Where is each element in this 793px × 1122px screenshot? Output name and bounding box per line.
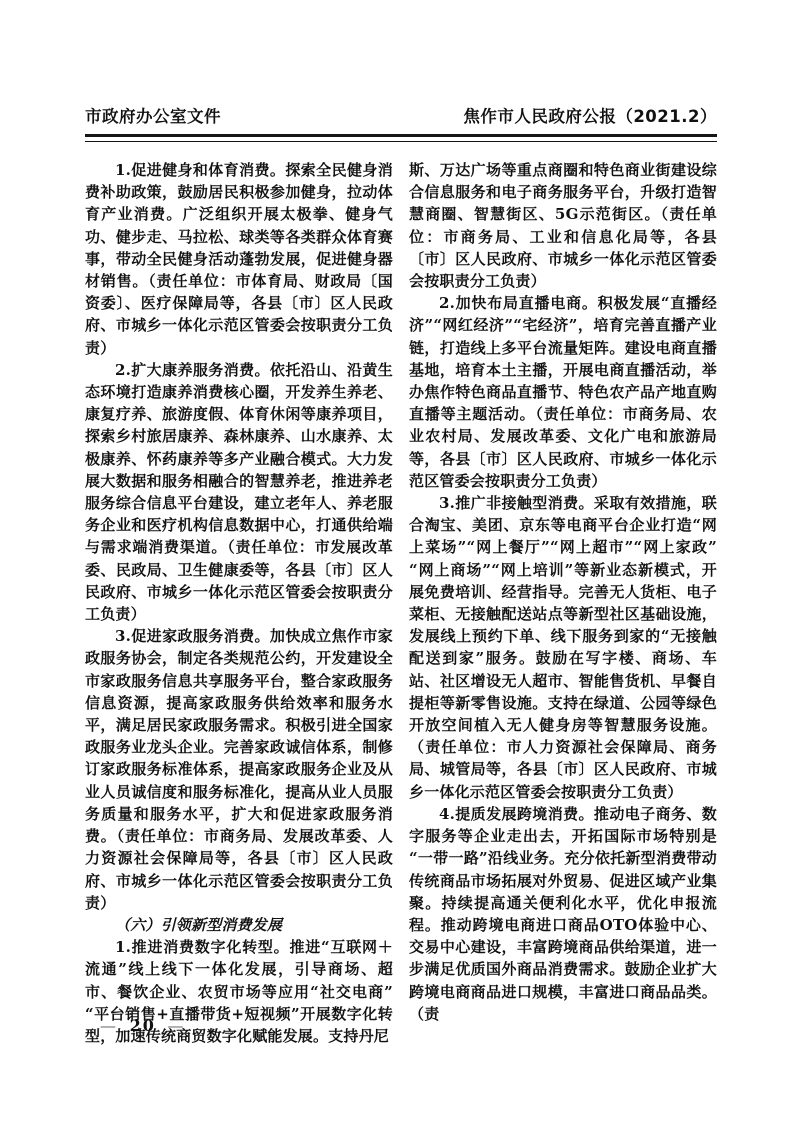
page-content: 市政府办公室文件 焦作市人民政府公报（2021.2） 1.促进健身和体育消费。探… (85, 103, 717, 1047)
document-page: 市政府办公室文件 焦作市人民政府公报（2021.2） 1.促进健身和体育消费。探… (0, 0, 793, 1122)
paragraph: 4.提质发展跨境消费。推动电子商务、数字服务等企业走出去，开拓国际市场特别是“一… (409, 803, 717, 1025)
page-number: — 20 — (100, 1016, 185, 1035)
section-heading: （六）引领新型消费发展 (85, 914, 393, 936)
paragraph: 3.促进家政服务消费。加快成立焦作市家政服务协会，制定各类规范公约，开发建设全市… (85, 625, 393, 914)
page-number-dash-right: — (167, 1016, 185, 1035)
header-divider-rule (85, 134, 717, 142)
paragraph: 2.加快布局直播电商。积极发展“直播经济”“网红经济”“宅经济”，培育完善直播产… (409, 292, 717, 492)
header-left-title: 市政府办公室文件 (85, 103, 221, 127)
header-right-title: 焦作市人民政府公报（2021.2） (463, 103, 717, 127)
page-number-value: 20 (130, 1016, 156, 1035)
two-column-body: 1.促进健身和体育消费。探索全民健身消费补助政策，鼓励居民积极参加健身，拉动体育… (85, 159, 717, 1047)
paragraph: 1.促进健身和体育消费。探索全民健身消费补助政策，鼓励居民积极参加健身，拉动体育… (85, 159, 393, 359)
paragraph: 2.扩大康养服务消费。依托沿山、沿黄生态环境打造康养消费核心圈，开发养生养老、康… (85, 359, 393, 625)
paragraph-continuation: 斯、万达广场等重点商圈和特色商业街建设综合信息服务和电子商务服务平台，升级打造智… (409, 159, 717, 292)
right-column: 斯、万达广场等重点商圈和特色商业街建设综合信息服务和电子商务服务平台，升级打造智… (409, 159, 717, 1047)
page-header: 市政府办公室文件 焦作市人民政府公报（2021.2） (85, 103, 717, 127)
left-column: 1.促进健身和体育消费。探索全民健身消费补助政策，鼓励居民积极参加健身，拉动体育… (85, 159, 393, 1047)
page-number-dash-left: — (100, 1016, 118, 1035)
paragraph: 3.推广非接触型消费。采取有效措施，联合淘宝、美团、京东等电商平台企业打造“网上… (409, 492, 717, 803)
